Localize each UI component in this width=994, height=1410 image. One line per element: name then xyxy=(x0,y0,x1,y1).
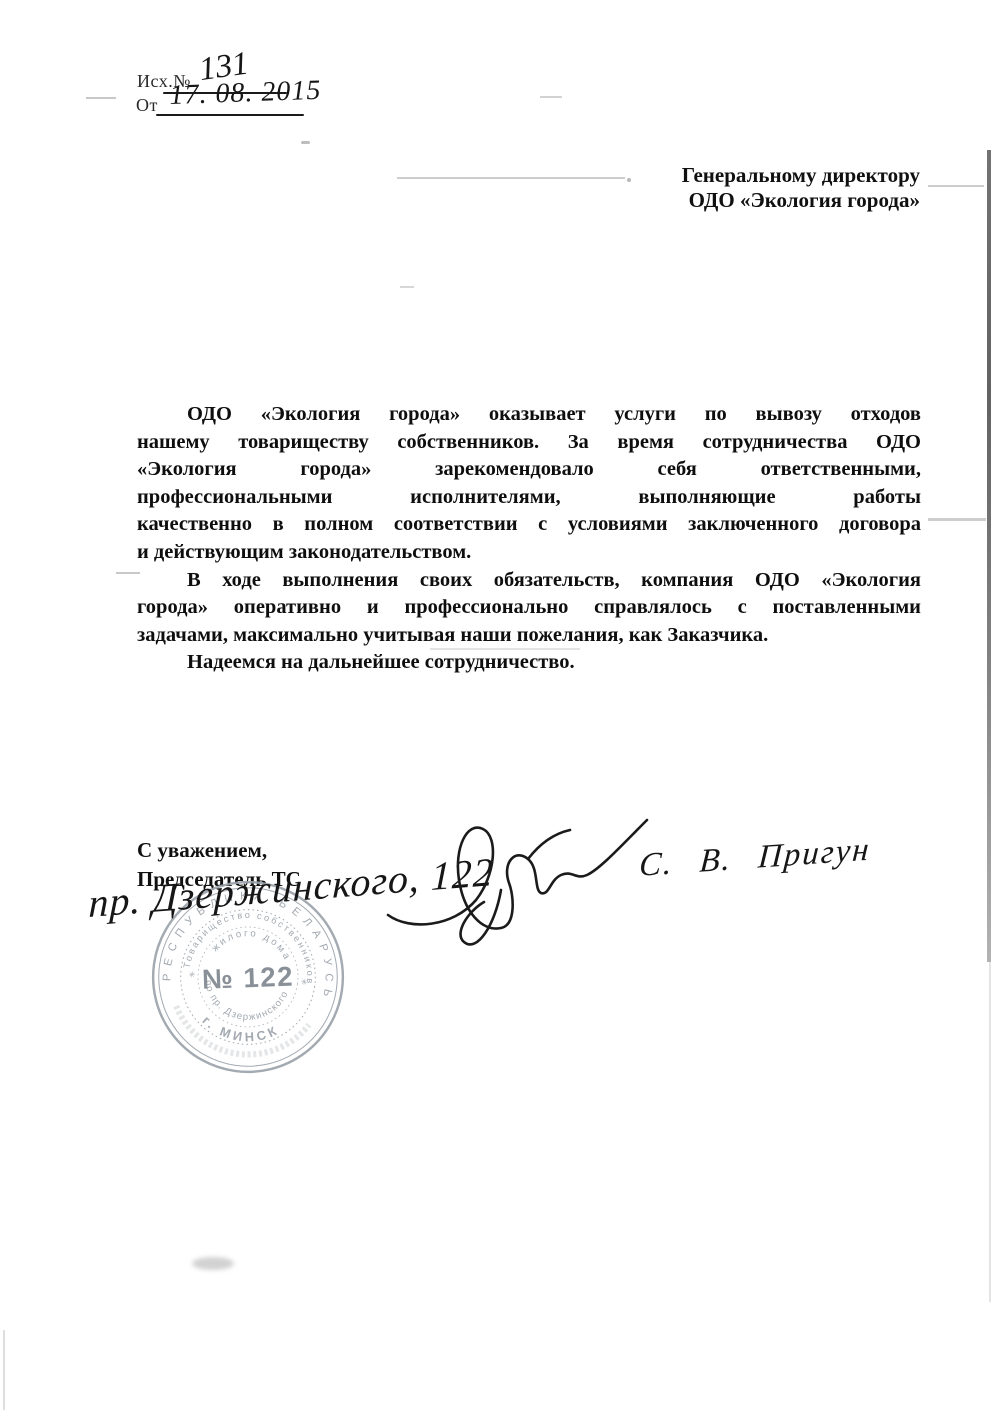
body-line: В ходе выполнения своих обязательств, ко… xyxy=(137,567,921,595)
date-handwritten: 17. 08. 2015 xyxy=(169,75,322,112)
handwritten-signer-name: С. В. Пригун xyxy=(638,832,872,885)
scan-artifact xyxy=(301,141,310,144)
scan-edge-line-right-faint xyxy=(989,962,991,1302)
scan-artifact xyxy=(86,97,116,99)
scanned-letter-page: Исх.№ 131 От 17. 08. 2015 Генеральному д… xyxy=(0,0,994,1410)
stamp-star-left-icon: ✳ xyxy=(188,970,196,980)
body-line: и действующим законодательством. xyxy=(137,539,921,567)
signature-scrawl xyxy=(378,790,653,960)
body-line: задачами, максимально учитывая наши поже… xyxy=(137,622,921,650)
body-line: «Экология города» зарекомендовало себя о… xyxy=(137,456,921,484)
scan-artifact xyxy=(627,178,631,182)
scan-artifact xyxy=(397,177,625,179)
closing-line: С уважением, xyxy=(137,836,301,865)
addressee-block: Генеральному директору ОДО «Экология гор… xyxy=(558,163,920,212)
addressee-line1: Генеральному директору xyxy=(558,163,920,188)
scan-artifact xyxy=(116,572,140,574)
body-line: качественно в полном соответствии с усло… xyxy=(137,511,921,539)
letter-body: ОДО «Экология города» оказывает услуги п… xyxy=(137,401,921,677)
date-label: От xyxy=(136,95,158,116)
body-line: города» оперативно и профессионально спр… xyxy=(137,594,921,622)
scan-artifact xyxy=(928,185,984,187)
date-underline xyxy=(156,114,304,116)
body-line: Надеемся на дальнейшее сотрудничество. xyxy=(137,649,921,677)
body-line: профессиональными исполнителями, выполня… xyxy=(137,484,921,512)
scan-edge-line-right xyxy=(987,150,991,962)
body-line: ОДО «Экология города» оказывает услуги п… xyxy=(137,401,921,429)
addressee-line2: ОДО «Экология города» xyxy=(558,188,920,213)
scan-artifact xyxy=(540,96,562,98)
scan-artifact xyxy=(400,286,414,288)
body-line: нашему товариществу собственников. За вр… xyxy=(137,429,921,457)
scan-edge-line-left xyxy=(3,1330,5,1410)
scan-smudge xyxy=(192,1257,234,1270)
scan-artifact xyxy=(928,518,986,521)
scan-artifact xyxy=(430,648,580,650)
stamp-number: № 122 xyxy=(202,961,295,995)
stamp-star-right-icon: ✳ xyxy=(300,977,308,987)
